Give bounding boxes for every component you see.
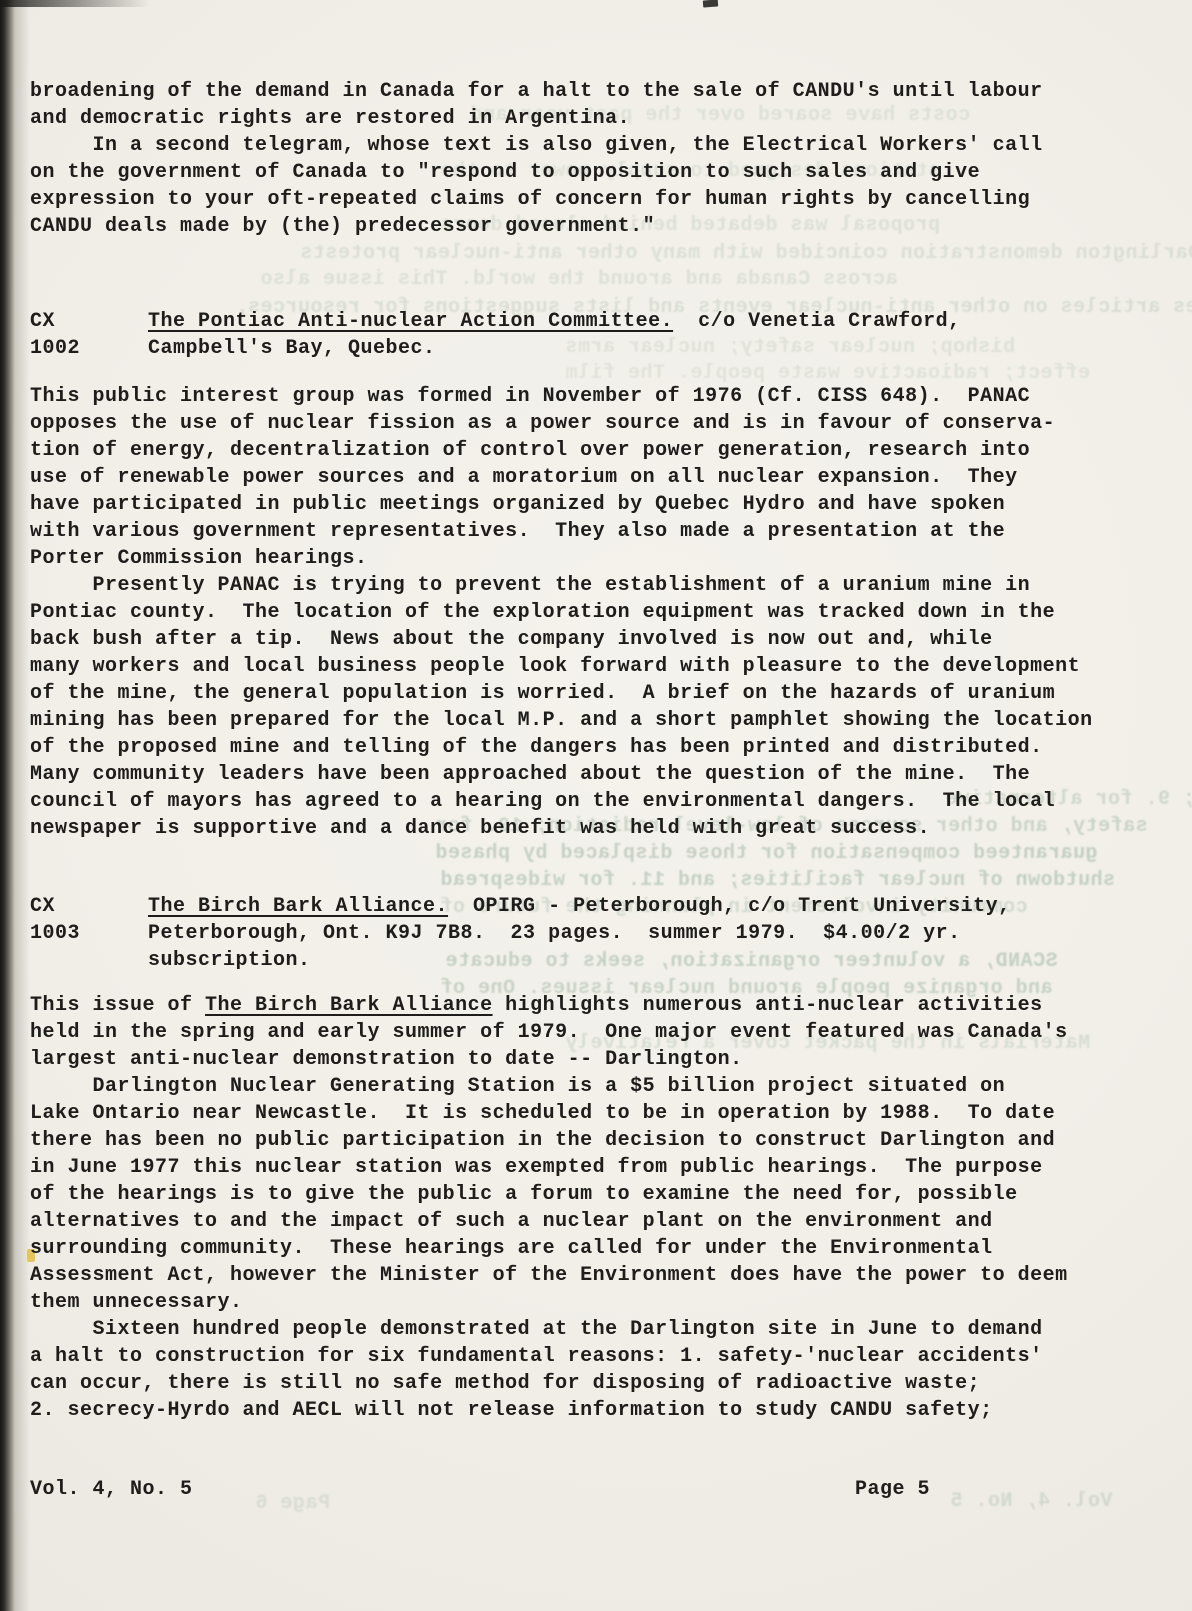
catalog-entry-1002: CX 1002 The Pontiac Anti-nuclear Action … <box>30 308 1158 362</box>
catalog-entry-1003: CX 1003 The Birch Bark Alliance. OPIRG -… <box>30 893 1158 974</box>
scanned-page: costs have soared over the past year and… <box>0 0 1192 1611</box>
birch-text-before: This issue of <box>30 994 205 1017</box>
bleedthrough-line: Page 6 <box>255 1492 330 1515</box>
panac-paragraph: This public interest group was formed in… <box>30 383 1170 842</box>
entry-body: The Pontiac Anti-nuclear Action Committe… <box>148 308 1158 362</box>
birch-text-after: highlights numerous anti-nuclear activit… <box>30 994 1068 1422</box>
footer-page: Page 5 <box>855 1476 930 1503</box>
birch-title-underlined: The Birch Bark Alliance <box>205 994 493 1017</box>
page-spine-edge-shadow <box>0 0 30 1611</box>
intro-paragraph: broadening of the demand in Canada for a… <box>30 78 1160 240</box>
entry-body: The Birch Bark Alliance. OPIRG - Peterbo… <box>148 893 1158 974</box>
entry-label: CX 1002 <box>30 308 148 362</box>
entry-number: 1002 <box>30 335 148 362</box>
entry-label: CX 1003 <box>30 893 148 974</box>
scan-artifact-speck <box>703 0 718 8</box>
bleedthrough-line: effect; radioactive waste people. The fi… <box>565 362 1090 385</box>
entry-code: CX <box>30 308 148 335</box>
birch-paragraph: This issue of The Birch Bark Alliance hi… <box>30 992 1170 1424</box>
entry-number: 1003 <box>30 920 148 947</box>
bleedthrough-line: The Darlington demonstration coincided w… <box>300 242 1192 265</box>
bleedthrough-line: guaranteed compensation for those displa… <box>435 842 1098 865</box>
entry-title: The Pontiac Anti-nuclear Action Committe… <box>148 310 673 333</box>
entry-code: CX <box>30 893 148 920</box>
bleedthrough-line: shutdown of nuclear facilities; and 11. … <box>440 869 1115 892</box>
bleedthrough-line: across Canada and around the world. This… <box>260 268 898 291</box>
footer-volume: Vol. 4, No. 5 <box>30 1476 193 1503</box>
page-top-edge-shadow <box>0 0 150 7</box>
entry-title: The Birch Bark Alliance. <box>148 895 448 918</box>
bleedthrough-line: Vol. 4, No. 5 <box>950 1490 1113 1513</box>
